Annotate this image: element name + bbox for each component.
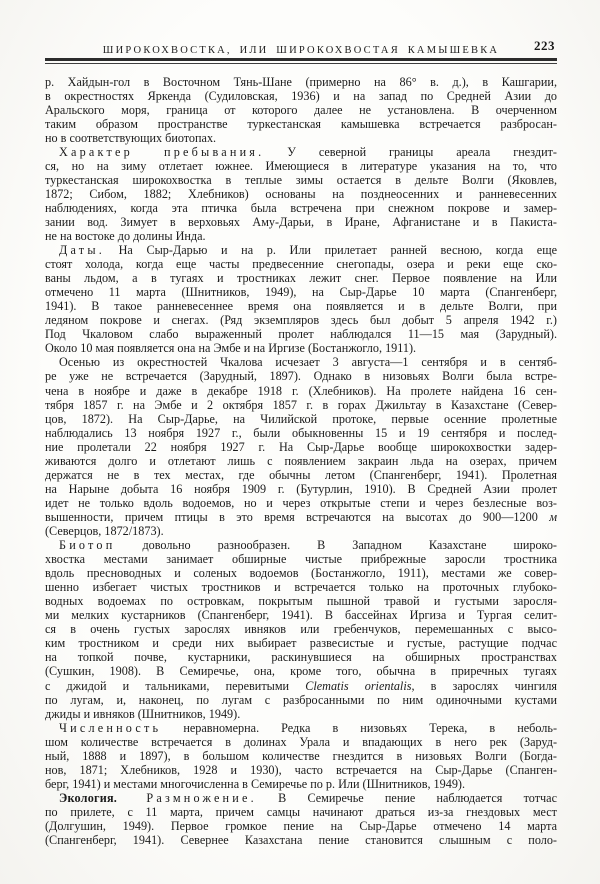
text-line: шенно избегает чистых тростников и встре…: [45, 580, 557, 594]
text-line: ный, 1888 и 1897), в большом количестве …: [45, 749, 557, 763]
text-run: наблюдениях, когда эта птичка была встре…: [45, 201, 557, 215]
text-line: Под Чкаловом слабо выраженный пролет наб…: [45, 327, 557, 341]
text-run: наблюдались 13 ноября 1927 г., были обык…: [45, 426, 557, 440]
spaced-lead: Характер пребывания.: [59, 145, 264, 159]
text-line: с джидой и тальниками, перевитыми Clemat…: [45, 679, 557, 693]
text-run: ние пролетали 22 ноября 1927 г. На Сыр-Д…: [45, 440, 557, 454]
text-line: Даты. На Сыр-Дарью и на р. Или прилетает…: [45, 243, 557, 257]
text-run: Осенью из окрестностей Чкалова исчезает …: [59, 355, 557, 369]
text-line: чена в ноябре и даже в декабре 1918 г. (…: [45, 384, 557, 398]
text-line: таким образом пространстве туркестанская…: [45, 117, 557, 131]
paragraph: Биотоп довольно разнообразен. В Западном…: [45, 538, 557, 721]
spaced-lead: Биотоп: [59, 538, 115, 552]
text-run: отмечено 11 марта (Шнитников, 1949), на …: [45, 285, 557, 299]
bold-lead: Экология.: [59, 791, 117, 805]
text-line: вышенности, причем птицы в это время вст…: [45, 510, 557, 524]
text-line: р. Хайдын-гол в Восточном Тянь-Шане (при…: [45, 75, 557, 89]
text-run: чена в ноябре и даже в декабре 1918 г. (…: [45, 384, 557, 398]
text-line: ние пролетали 22 ноября 1927 г. На Сыр-Д…: [45, 440, 557, 454]
spaced-lead: Даты.: [59, 243, 105, 257]
text-run: ми мелких кустарников (Спангенберг, 1941…: [45, 608, 557, 622]
text-line: не на востоке до долины Инда.: [45, 229, 557, 243]
text-run: (Долгушин, 1949). Первое громкое пение н…: [45, 819, 557, 833]
text-run: р. Хайдын-гол в Восточном Тянь-Шане (при…: [45, 75, 557, 89]
text-line: Осенью из окрестностей Чкалова исчезает …: [45, 355, 557, 369]
text-line: туркестанская широкохвостка в теплые зим…: [45, 173, 557, 187]
text-run: идет не только вдоль водоемов, но и чере…: [45, 496, 557, 510]
italic-text: м: [549, 510, 557, 524]
text-run: стоят холода, когда еще часты предвесенн…: [45, 257, 557, 271]
text-run: цов, 1872). На Сыр-Дарье, на Чилийской п…: [45, 412, 557, 426]
text-line: на топкой почве, кустарники, раскинувшие…: [45, 650, 557, 664]
text-run: вышенности, причем птицы в это время вст…: [45, 510, 549, 524]
text-line: 1941). В такое ранневесеннее время она п…: [45, 299, 557, 313]
text-run: , в зарослях чингиля: [411, 679, 557, 693]
text-line: ледяном покрове и снегах. (Ряд экземпляр…: [45, 313, 557, 327]
text-run: не на востоке до долины Инда.: [45, 229, 206, 243]
running-header: ШИРОКОХВОСТКА, ИЛИ ШИРОКОХВОСТАЯ КАМЫШЕВ…: [45, 40, 557, 54]
text-line: по прилете, с 11 марта, причем самцы нач…: [45, 805, 557, 819]
text-run: нов, 1871; Хлебников, 1928 и 1930), част…: [45, 763, 557, 777]
text-line: цов, 1872). На Сыр-Дарье, на Чилийской п…: [45, 412, 557, 426]
text-line: ваны льдом, а в тугаях и тростниках лежи…: [45, 271, 557, 285]
text-line: Около 10 мая появляется она на Эмбе и на…: [45, 341, 557, 355]
text-run: зании вод. Зимует в верховьях Аму-Дарьи,…: [45, 215, 557, 229]
text-run: (Спангенберг, 1941). Севернее Казахстана…: [45, 833, 557, 847]
text-run: Около 10 мая появляется она на Эмбе и на…: [45, 341, 416, 355]
text-run: шом количестве встречается в долинах Ура…: [45, 735, 557, 749]
text-run: довольно разнообразен. В Западном Казахс…: [115, 538, 557, 552]
text-run: ся, но на зиму отлетает южнее. Имеющиеся…: [45, 159, 557, 173]
text-run: ким тростником и среди них выбирает разв…: [45, 636, 557, 650]
text-line: живаются долго и отлетают лишь с появлен…: [45, 454, 557, 468]
header-rule: [45, 58, 557, 64]
text-line: нов, 1871; Хлебников, 1928 и 1930), част…: [45, 763, 557, 777]
header-rule-thick: [45, 58, 557, 61]
text-run: ный, 1888 и 1897), в большом количестве …: [45, 749, 557, 763]
text-line: но в соответствующих биотопах.: [45, 131, 557, 145]
text-run: шенно избегает чистых тростников и встре…: [45, 580, 557, 594]
text-run: держатся не в тех местах, где обычны лет…: [45, 468, 557, 482]
text-run: по прилете, с 11 марта, причем самцы нач…: [45, 805, 557, 819]
text-line: (Спангенберг, 1941). Севернее Казахстана…: [45, 833, 557, 847]
header-rule-thin: [45, 63, 557, 64]
text-line: наблюдались 13 ноября 1927 г., были обык…: [45, 426, 557, 440]
text-line: (Сушкин, 1908). В Семиречье, она, кроме …: [45, 664, 557, 678]
text-run: ледяном покрове и снегах. (Ряд экземпляр…: [45, 313, 557, 327]
text-line: берг, 1941) и местами многочисленна в Се…: [45, 777, 557, 791]
text-run: ре уже не встречается (Зарудный, 1897). …: [45, 369, 557, 383]
paragraph: Характер пребывания. У северной границы …: [45, 145, 557, 243]
text-line: водных водоемах по островкам, покрытым п…: [45, 594, 557, 608]
text-run: водных водоемах по островкам, покрытым п…: [45, 594, 557, 608]
text-line: (Долгушин, 1949). Первое громкое пение н…: [45, 819, 557, 833]
text-line: на Нарыне добыта 16 ноября 1909 г. (Буту…: [45, 482, 557, 496]
spaced-lead: Размножение.: [117, 791, 257, 805]
text-line: держатся не в тех местах, где обычны лет…: [45, 468, 557, 482]
text-line: ся, но на зиму отлетает южнее. Имеющиеся…: [45, 159, 557, 173]
paragraph: Численность неравномерна. Редка в низовь…: [45, 721, 557, 791]
text-line: ся в очень густых зарослях ивняков или г…: [45, 622, 557, 636]
text-run: хвостка местами занимает обширные чистые…: [45, 552, 557, 566]
text-run: ся в очень густых зарослях ивняков или г…: [45, 622, 557, 636]
text-run: в окрестностях Яркенда (Судиловская, 193…: [45, 89, 557, 103]
text-line: Экология. Размножение. В Семиречье пение…: [45, 791, 557, 805]
page-number: 223: [534, 38, 555, 54]
text-line: в окрестностях Яркенда (Судиловская, 193…: [45, 89, 557, 103]
text-line: по лугам, и, наконец, по лугам с разброс…: [45, 693, 557, 707]
text-line: шом количестве встречается в долинах Ура…: [45, 735, 557, 749]
text-run: 1872; Сибом, 1882; Хлебников) основаны н…: [45, 187, 557, 201]
text-run: джиды и ивняков (Шнитников, 1949).: [45, 707, 240, 721]
text-line: 1872; Сибом, 1882; Хлебников) основаны н…: [45, 187, 557, 201]
text-run: но в соответствующих биотопах.: [45, 131, 216, 145]
text-run: На Сыр-Дарью и на р. Или прилетает ранне…: [105, 243, 557, 257]
text-line: отмечено 11 марта (Шнитников, 1949), на …: [45, 285, 557, 299]
text-run: Под Чкаловом слабо выраженный пролет наб…: [45, 327, 557, 341]
text-run: Аральского моря, граница от которого дал…: [45, 103, 557, 117]
text-line: Численность неравномерна. Редка в низовь…: [45, 721, 557, 735]
text-line: джиды и ивняков (Шнитников, 1949).: [45, 707, 557, 721]
text-run: (Северцов, 1872/1873).: [45, 524, 164, 538]
text-run: на топкой почве, кустарники, раскинувшие…: [45, 650, 557, 664]
text-line: Аральского моря, граница от которого дал…: [45, 103, 557, 117]
text-line: ким тростником и среди них выбирает разв…: [45, 636, 557, 650]
text-line: идет не только вдоль водоемов, но и чере…: [45, 496, 557, 510]
text-line: зании вод. Зимует в верховьях Аму-Дарьи,…: [45, 215, 557, 229]
text-line: Биотоп довольно разнообразен. В Западном…: [45, 538, 557, 552]
paragraph: р. Хайдын-гол в Восточном Тянь-Шане (при…: [45, 75, 557, 145]
text-run: тября 1857 г. на Эмбе и 2 октября 1857 г…: [45, 398, 557, 412]
text-run: 1941). В такое ранневесеннее время она п…: [45, 299, 557, 313]
text-run: таким образом пространстве туркестанская…: [45, 117, 557, 131]
running-header-title: ШИРОКОХВОСТКА, ИЛИ ШИРОКОХВОСТАЯ КАМЫШЕВ…: [103, 45, 499, 56]
text-run: (Сушкин, 1908). В Семиречье, она, кроме …: [45, 664, 557, 678]
text-line: вдоль пресноводных и соленых водоемов (Б…: [45, 566, 557, 580]
paragraph: Даты. На Сыр-Дарью и на р. Или прилетает…: [45, 243, 557, 355]
text-run: вдоль пресноводных и соленых водоемов (Б…: [45, 566, 557, 580]
text-run: туркестанская широкохвостка в теплые зим…: [45, 173, 557, 187]
text-line: тября 1857 г. на Эмбе и 2 октября 1857 г…: [45, 398, 557, 412]
text-line: стоят холода, когда еще часты предвесенн…: [45, 257, 557, 271]
text-run: неравномерна. Редка в низовьях Терека, в…: [161, 721, 557, 735]
text-body: р. Хайдын-гол в Восточном Тянь-Шане (при…: [45, 75, 557, 848]
text-line: ре уже не встречается (Зарудный, 1897). …: [45, 369, 557, 383]
text-run: У северной границы ареала гнездит-: [264, 145, 557, 159]
italic-text: Clematis orientalis: [305, 679, 411, 693]
text-line: (Северцов, 1872/1873).: [45, 524, 557, 538]
text-run: ваны льдом, а в тугаях и тростниках лежи…: [45, 271, 557, 285]
paragraph: Экология. Размножение. В Семиречье пение…: [45, 791, 557, 847]
book-page: ШИРОКОХВОСТКА, ИЛИ ШИРОКОХВОСТАЯ КАМЫШЕВ…: [0, 0, 600, 884]
text-line: хвостка местами занимает обширные чистые…: [45, 552, 557, 566]
text-run: берг, 1941) и местами многочисленна в Се…: [45, 777, 465, 791]
text-run: В Семиречье пение наблюдается тотчас: [257, 791, 557, 805]
paragraph: Осенью из окрестностей Чкалова исчезает …: [45, 355, 557, 538]
text-line: ми мелких кустарников (Спангенберг, 1941…: [45, 608, 557, 622]
text-run: на Нарыне добыта 16 ноября 1909 г. (Буту…: [45, 482, 557, 496]
text-run: с джидой и тальниками, перевитыми: [45, 679, 305, 693]
spaced-lead: Численность: [59, 721, 161, 735]
text-line: Характер пребывания. У северной границы …: [45, 145, 557, 159]
text-run: по лугам, и, наконец, по лугам с разброс…: [45, 693, 557, 707]
text-line: наблюдениях, когда эта птичка была встре…: [45, 201, 557, 215]
text-run: живаются долго и отлетают лишь с появлен…: [45, 454, 557, 468]
